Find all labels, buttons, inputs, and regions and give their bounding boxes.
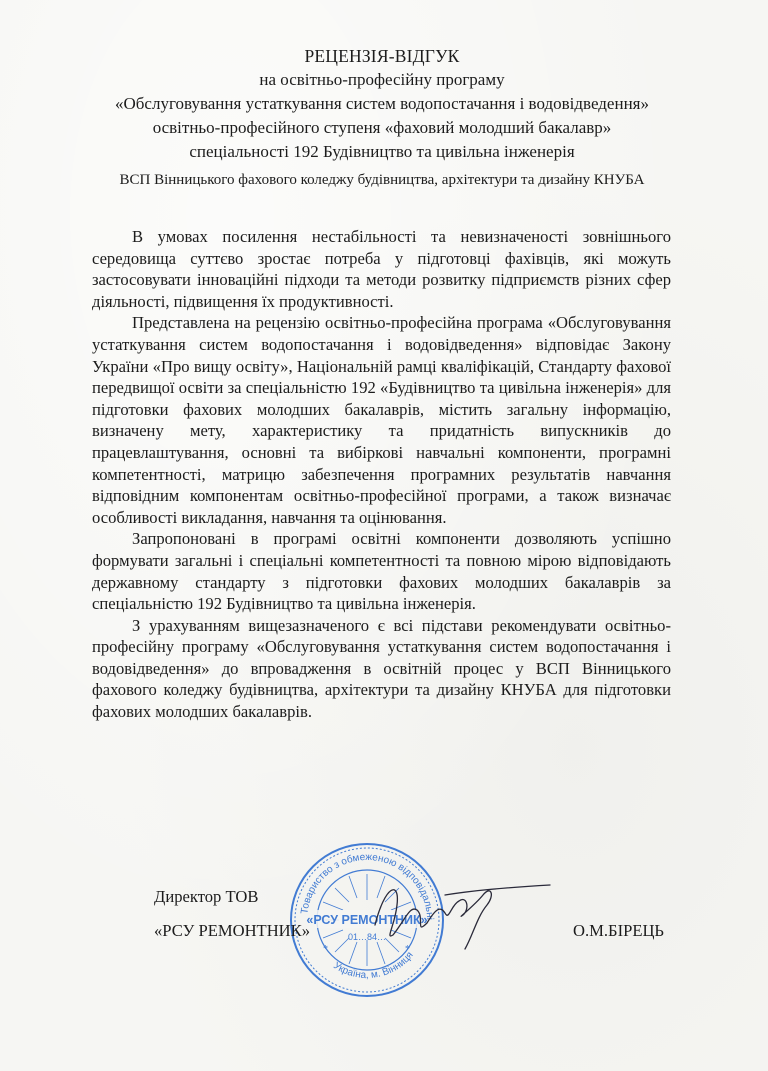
header-line: спеціальності 192 Будівництво та цивільн… (92, 140, 672, 164)
document-header: РЕЦЕНЗІЯ-ВІДГУК на освітньо-професійну п… (92, 44, 672, 190)
signatory-name: О.М.БІРЕЦЬ (573, 914, 664, 948)
header-line: освітньо-професійного ступеня «фаховий м… (92, 116, 672, 140)
signatory-position: Директор ТОВ (154, 880, 310, 914)
svg-text:*: * (323, 944, 328, 955)
paragraph: Представлена на рецензію освітньо-профес… (92, 312, 671, 528)
document-title: РЕЦЕНЗІЯ-ВІДГУК (92, 44, 672, 68)
organization-line: ВСП Вінницького фахового коледжу будівни… (92, 170, 672, 190)
handwritten-signature-icon (355, 865, 555, 955)
document-body: В умовах посилення нестабільності та нев… (92, 226, 671, 723)
document-page: РЕЦЕНЗІЯ-ВІДГУК на освітньо-професійну п… (0, 0, 768, 1071)
header-line: «Обслуговування устаткування систем водо… (92, 92, 672, 116)
paragraph: З урахуванням вищезазначеного є всі підс… (92, 615, 671, 723)
signature-block: Директор ТОВ «РСУ РЕМОНТНИК» (154, 880, 310, 948)
paragraph: В умовах посилення нестабільності та нев… (92, 226, 671, 312)
paragraph: Запропоновані в програмі освітні компоне… (92, 528, 671, 614)
header-line: на освітньо-професійну програму (92, 68, 672, 92)
signatory-company: «РСУ РЕМОНТНИК» (154, 914, 310, 948)
